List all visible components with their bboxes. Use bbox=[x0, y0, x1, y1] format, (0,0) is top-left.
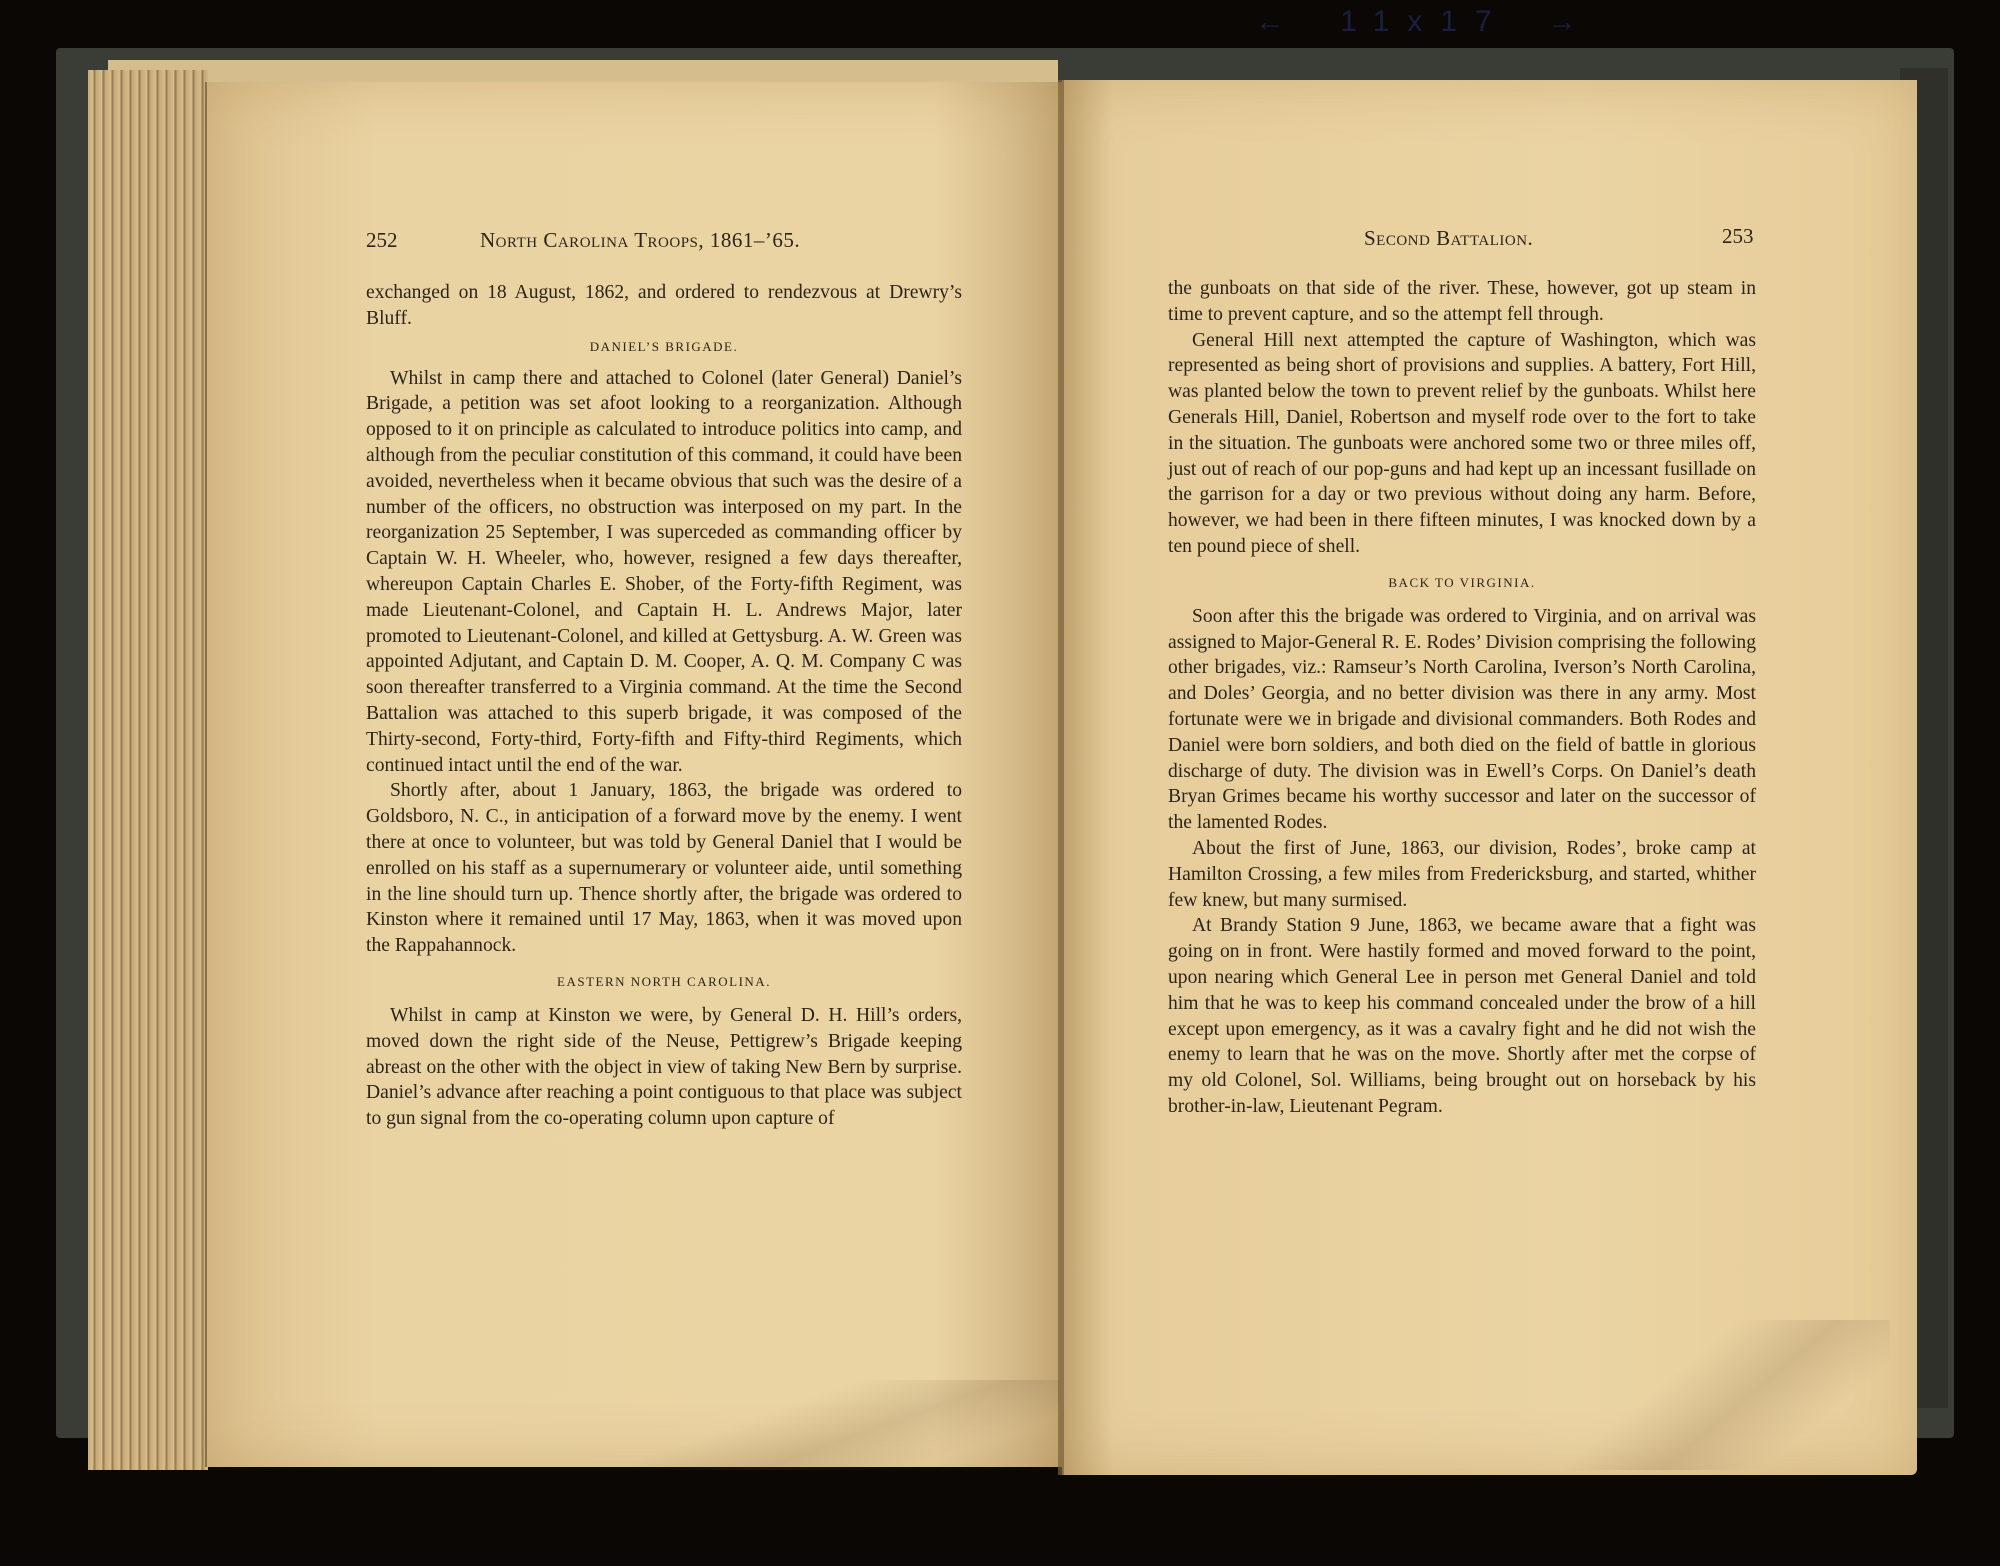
left-running-head: North Carolina Troops, 1861–’65. bbox=[480, 228, 800, 253]
scan-size-marking: ← 11x17 → bbox=[1255, 4, 1595, 40]
paragraph: Whilst in camp at Kinston we were, by Ge… bbox=[366, 1003, 962, 1132]
paragraph: exchanged on 18 August, 1862, and ordere… bbox=[366, 280, 962, 332]
page-shadow bbox=[1560, 1320, 1890, 1470]
paragraph: Soon after this the brigade was ordered … bbox=[1168, 604, 1756, 836]
section-heading: Back to Virginia. bbox=[1168, 574, 1756, 592]
page-stack-fore-edge bbox=[88, 70, 208, 1470]
left-page-number: 252 bbox=[366, 228, 398, 253]
page-shadow bbox=[560, 1380, 1060, 1470]
right-page-number: 253 bbox=[1722, 224, 1754, 249]
book-scan: ← 11x17 → 252 North Carolina Troops, 186… bbox=[0, 0, 2000, 1566]
right-running-head: Second Battalion. bbox=[1364, 226, 1533, 251]
paragraph: Shortly after, about 1 January, 1863, th… bbox=[366, 778, 962, 959]
book-gutter bbox=[1058, 80, 1064, 1475]
scan-size-label: 11x17 bbox=[1340, 5, 1510, 39]
paragraph: the gunboats on that side of the river. … bbox=[1168, 276, 1756, 328]
paragraph: At Brandy Station 9 June, 1863, we becam… bbox=[1168, 913, 1756, 1119]
page-number: 252 bbox=[366, 228, 398, 252]
arrow-left-icon: ← bbox=[1255, 5, 1303, 39]
paragraph: General Hill next attempted the capture … bbox=[1168, 328, 1756, 560]
right-page-body: the gunboats on that side of the river. … bbox=[1168, 276, 1756, 1120]
arrow-right-icon: → bbox=[1547, 5, 1595, 39]
page-number: 253 bbox=[1722, 224, 1754, 248]
paragraph: Whilst in camp there and attached to Col… bbox=[366, 366, 962, 779]
left-page-body: exchanged on 18 August, 1862, and ordere… bbox=[366, 280, 962, 1132]
paragraph: About the first of June, 1863, our divis… bbox=[1168, 836, 1756, 913]
section-heading: Eastern North Carolina. bbox=[366, 973, 962, 991]
section-heading: Daniel’s Brigade. bbox=[366, 338, 962, 356]
